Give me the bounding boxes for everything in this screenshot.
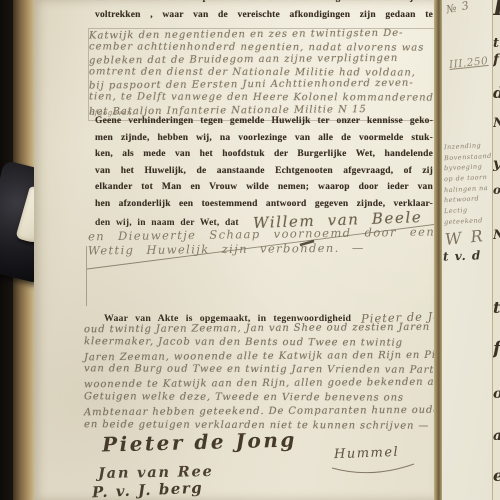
top-clip: En verzochten de Comparanten het door hu…: [34, 0, 436, 26]
margin-monogram: W R: [444, 226, 485, 249]
printed-line-last: den wij, in naam der Wet, dat: [95, 218, 239, 228]
letter-fragment: t: [493, 298, 500, 317]
signature-witness-3: P. v. J. berg: [92, 479, 204, 500]
scanned-register-page: En verzochten de Comparanten het door hu…: [0, 0, 500, 500]
letter-fragment: N: [493, 228, 500, 243]
printed-line: Geene verhinderingen tegen gemelde Huwel…: [95, 116, 433, 133]
margin-initials: t v. d: [443, 248, 482, 263]
letter-fragment: f: [493, 338, 500, 359]
marginal-note-block: InzendingBovenstaandbyvoegingop de toorn…: [444, 142, 492, 228]
printed-line: ken, als mede van het hoofdstuk der Burg…: [95, 149, 433, 166]
letter-fragment: o: [493, 183, 500, 197]
printed-line-top: voltrekken , waar van de vereischte afko…: [95, 10, 433, 20]
letter-fragment: d: [493, 84, 500, 102]
letter-fragment: t: [493, 36, 499, 51]
page-gutter: [434, 0, 442, 500]
signature-underline-flourish: [332, 464, 414, 473]
letter-fragment: e: [493, 466, 500, 485]
printed-line: van het Huwelijk, de aanstaande Echtgeno…: [95, 166, 433, 183]
letter-fragment: o: [493, 386, 500, 402]
printed-line: men zijnde, hebben wij, na voorlezinge v…: [95, 133, 433, 150]
letter-fragment: y: [493, 156, 500, 172]
voided-blank-area: [86, 246, 439, 306]
printed-line: elkander tot Man en Vrouw wilde nemen; w…: [95, 182, 433, 199]
signature-witness-1: Pieter de Jong: [102, 427, 297, 456]
letter-fragment: f: [493, 52, 499, 68]
margin-column: № 3 III.250 InzendingBovenstaandbyvoegin…: [442, 0, 492, 500]
handwritten-witness-block: oud twintig Jaren Zeeman, Jan van Shee o…: [84, 323, 440, 433]
printed-line-cut: En verzochten de Comparanten het door hu…: [95, 0, 433, 3]
letter-fragment: N: [493, 116, 500, 131]
letter-fragment: a: [493, 428, 500, 444]
letter-fragment: P: [493, 0, 500, 21]
handwritten-intro-block: Katwijk den negentienden en zes en twint…: [88, 28, 438, 121]
handwritten-line: kleermaker, Jacob van den Bents oud Twee…: [84, 336, 440, 351]
document-page: En verzochten de Comparanten het door hu…: [34, 0, 436, 500]
act-number: № 3: [445, 0, 471, 16]
printed-body-paragraph: Geene verhinderingen tegen gemelde Huwel…: [95, 116, 433, 215]
signature-official: Hummel: [334, 445, 400, 462]
handwritten-line: Ambtenaar hebben geteekend. De Comparant…: [84, 405, 440, 421]
next-page-edge-fragments: PtfdNyoNtfoae: [492, 0, 500, 500]
folio-reference: III.250: [448, 55, 488, 71]
